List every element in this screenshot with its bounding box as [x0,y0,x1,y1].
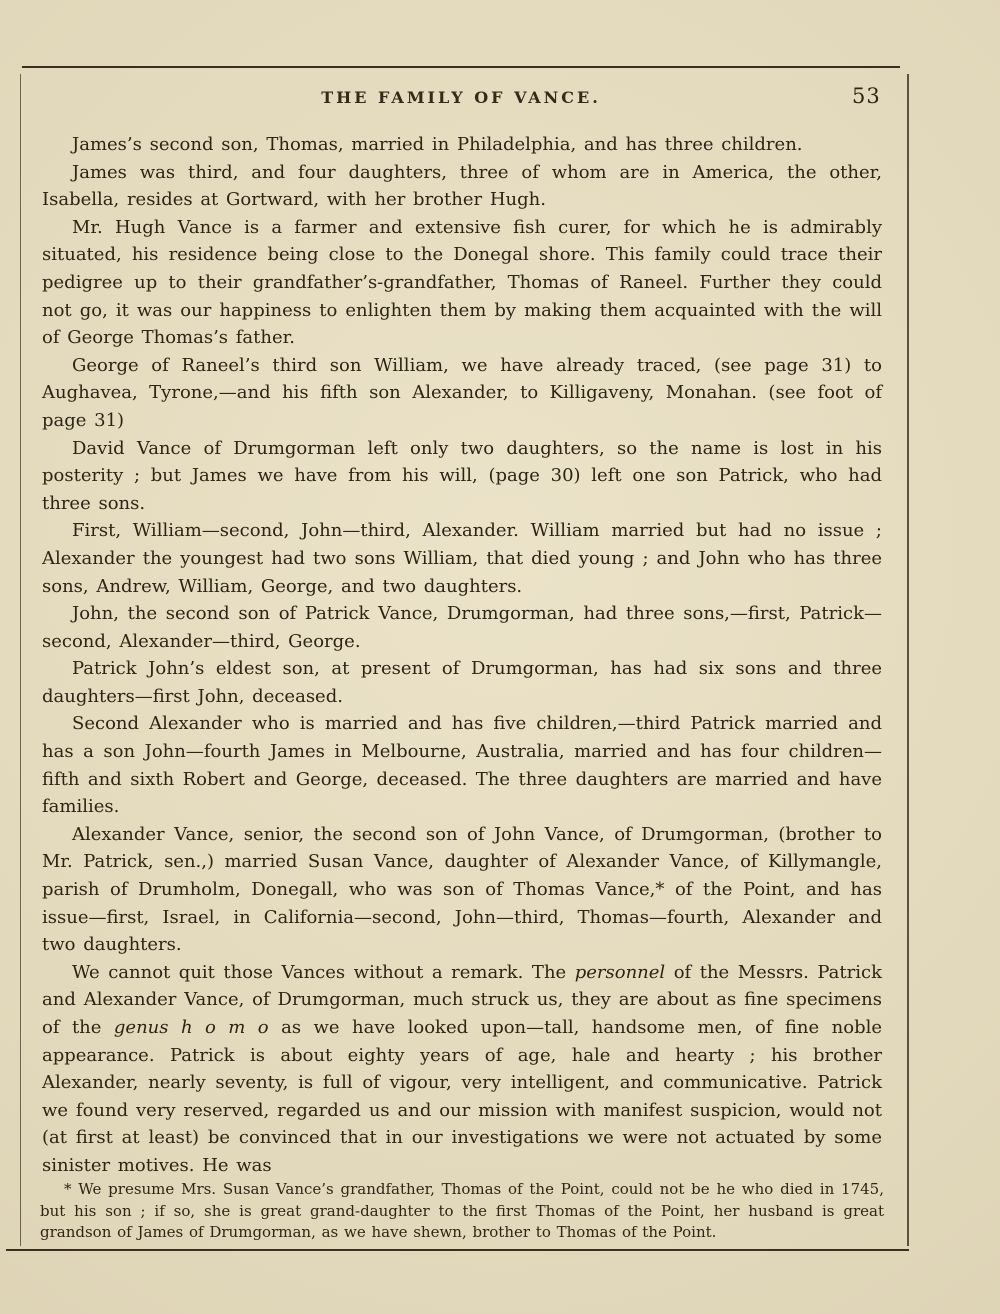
running-header: THE FAMILY OF VANCE. [22,88,900,107]
text-run: David Vance of Drumgorman left only two … [42,438,882,514]
page-number: 53 [852,84,881,108]
text-run: Alexander Vance, senior, the second son … [42,824,882,955]
right-border-rule [907,74,909,1246]
footnote: * We presume Mrs. Susan Vance’s grandfat… [40,1179,884,1244]
left-border-rule [20,74,21,1246]
bottom-rule [6,1249,909,1251]
scanned-book-page: { "header": { "title": "THE FAMILY OF VA… [0,0,1000,1314]
text-run: We cannot quit those Vances without a re… [72,962,575,983]
paragraph: George of Raneel’s third son William, we… [42,352,882,435]
text-run: * We presume Mrs. Susan Vance’s grandfat… [40,1180,884,1241]
text-run: James’s second son, Thomas, married in P… [72,134,803,155]
paragraph: We cannot quit those Vances without a re… [42,959,882,1180]
text-run: James was third, and four daughters, thr… [42,162,882,211]
body-text: James’s second son, Thomas, married in P… [42,131,882,1180]
text-run: First, William—second, John—third, Alexa… [42,520,882,596]
paragraph: James’s second son, Thomas, married in P… [42,131,882,159]
paragraph: First, William—second, John—third, Alexa… [42,517,882,600]
paragraph: Patrick John’s eldest son, at present of… [42,655,882,710]
text-run: John, the second son of Patrick Vance, D… [42,603,882,652]
text-run: Patrick John’s eldest son, at present of… [42,658,882,707]
top-rule [22,66,900,68]
italic-text-run: genus h o m o [114,1017,269,1038]
text-run: Second Alexander who is married and has … [42,713,882,817]
paragraph: David Vance of Drumgorman left only two … [42,435,882,518]
paragraph: Mr. Hugh Vance is a farmer and extensive… [42,214,882,352]
paragraph: James was third, and four daughters, thr… [42,159,882,214]
italic-text-run: personnel [575,962,665,983]
text-run: as we have looked upon—tall, handsome me… [42,1017,882,1176]
page-title: THE FAMILY OF VANCE. [321,88,601,107]
paragraph: Second Alexander who is married and has … [42,710,882,820]
text-run: George of Raneel’s third son William, we… [42,355,882,431]
paragraph: Alexander Vance, senior, the second son … [42,821,882,959]
text-run: Mr. Hugh Vance is a farmer and extensive… [42,217,882,348]
paragraph: John, the second son of Patrick Vance, D… [42,600,882,655]
